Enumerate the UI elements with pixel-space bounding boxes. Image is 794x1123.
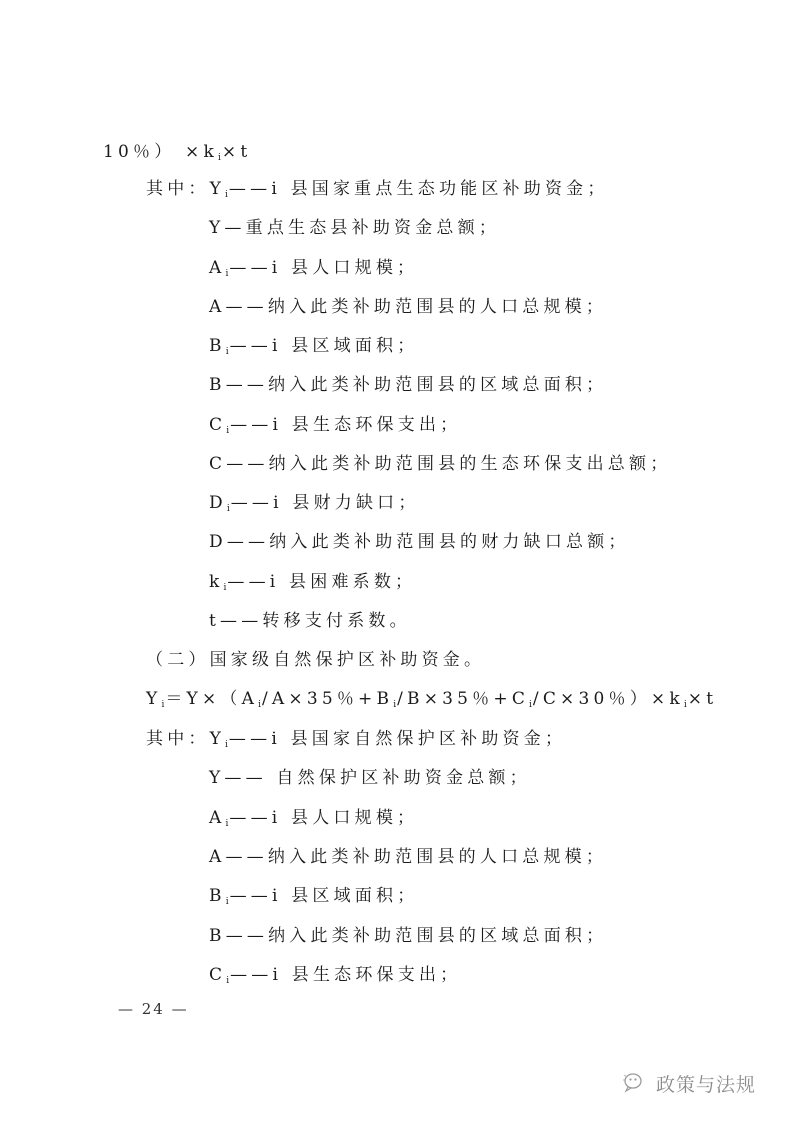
text-run: ——i 县生态环保支出； bbox=[230, 965, 461, 985]
subscript: i bbox=[226, 976, 229, 986]
text-run: D bbox=[209, 493, 227, 513]
text-line: D——纳入此类补助范围县的财力缺口总额； bbox=[209, 530, 630, 554]
text-run: t——转移支付系数。 bbox=[209, 611, 411, 631]
subscript: i bbox=[225, 269, 228, 279]
text-line: C——纳入此类补助范围县的生态环保支出总额； bbox=[209, 452, 671, 476]
text-run: C——纳入此类补助范围县的生态环保支出总额； bbox=[209, 454, 671, 474]
watermark: 政策与法规 bbox=[622, 1070, 756, 1097]
text-line: 其中：Yi——i 县国家自然保护区补助资金； bbox=[146, 727, 566, 757]
text-run: ——i 县人口规模； bbox=[229, 258, 418, 278]
text-run: /B×35％+C bbox=[397, 689, 529, 709]
text-line: Yi＝Y×（Ai/A×35％+Bi/B×35％+Ci/C×30％）×ki×t bbox=[146, 687, 717, 717]
text-run: ——i 县人口规模； bbox=[229, 808, 418, 828]
text-run: Y—— 自然保护区补助资金总额； bbox=[209, 768, 531, 788]
text-run: A——纳入此类补助范围县的人口总规模； bbox=[209, 297, 607, 317]
text-run: ——i 县困难系数； bbox=[227, 572, 416, 592]
text-line: B——纳入此类补助范围县的区域总面积； bbox=[209, 924, 607, 948]
text-line: ki——i 县困难系数； bbox=[209, 570, 416, 600]
text-run: ——i 县财力缺口； bbox=[231, 493, 420, 513]
text-line: Ci——i 县生态环保支出； bbox=[209, 963, 461, 993]
subscript: i bbox=[226, 897, 229, 907]
subscript: i bbox=[161, 700, 164, 710]
subscript: i bbox=[218, 153, 221, 163]
page-number: — 24 — bbox=[118, 1000, 189, 1018]
text-run: /A×35％+B bbox=[262, 689, 393, 709]
subscript: i bbox=[226, 347, 229, 357]
text-run: ——i 县国家自然保护区补助资金； bbox=[229, 729, 566, 749]
subscript: i bbox=[224, 583, 227, 593]
text-run: Y bbox=[146, 689, 161, 709]
text-run: ——i 县国家重点生态功能区补助资金； bbox=[229, 179, 609, 199]
text-line: 10％） ×ki×t bbox=[103, 140, 251, 170]
text-line: A——纳入此类补助范围县的人口总规模； bbox=[209, 845, 607, 869]
text-run: D——纳入此类补助范围县的财力缺口总额； bbox=[209, 532, 630, 552]
text-run: Y—重点生态县补助资金总额； bbox=[209, 218, 500, 238]
subscript: i bbox=[393, 700, 396, 710]
text-run: A bbox=[209, 808, 225, 828]
text-line: t——转移支付系数。 bbox=[209, 609, 411, 633]
text-line: Y—— 自然保护区补助资金总额； bbox=[209, 766, 531, 790]
text-line: A——纳入此类补助范围县的人口总规模； bbox=[209, 295, 607, 319]
text-run: k bbox=[209, 572, 224, 592]
wechat-icon bbox=[622, 1071, 650, 1097]
text-run: ——i 县区域面积； bbox=[230, 336, 419, 356]
text-run: B bbox=[209, 886, 226, 906]
text-run: 其中：Y bbox=[146, 179, 225, 199]
text-line: Ci——i 县生态环保支出； bbox=[209, 413, 461, 443]
text-line: Ai——i 县人口规模； bbox=[209, 806, 418, 836]
text-run: 其中：Y bbox=[146, 729, 225, 749]
text-line: B——纳入此类补助范围县的区域总面积； bbox=[209, 373, 607, 397]
text-run: B——纳入此类补助范围县的区域总面积； bbox=[209, 926, 607, 946]
subscript: i bbox=[227, 504, 230, 514]
text-run: ——i 县区域面积； bbox=[230, 886, 419, 906]
text-run: /C×30％）×k bbox=[533, 689, 684, 709]
text-run: ×t bbox=[222, 142, 251, 162]
text-run: ×t bbox=[688, 689, 717, 709]
subscript: i bbox=[225, 190, 228, 200]
text-run: C bbox=[209, 415, 226, 435]
text-run: ＝Y×（A bbox=[165, 689, 258, 709]
text-run: A bbox=[209, 258, 225, 278]
text-run: C bbox=[209, 965, 226, 985]
text-line: 其中：Yi——i 县国家重点生态功能区补助资金； bbox=[146, 177, 609, 207]
subscript: i bbox=[225, 819, 228, 829]
subscript: i bbox=[684, 700, 687, 710]
watermark-text: 政策与法规 bbox=[656, 1070, 756, 1097]
text-run: B bbox=[209, 336, 226, 356]
text-run: 10％） ×k bbox=[103, 142, 218, 162]
text-line: Di——i 县财力缺口； bbox=[209, 491, 420, 521]
text-run: A——纳入此类补助范围县的人口总规模； bbox=[209, 847, 607, 867]
text-line: Ai——i 县人口规模； bbox=[209, 256, 418, 286]
text-run: B——纳入此类补助范围县的区域总面积； bbox=[209, 375, 607, 395]
subscript: i bbox=[258, 700, 261, 710]
text-line: Bi——i 县区域面积； bbox=[209, 334, 418, 364]
text-line: （二）国家级自然保护区补助资金。 bbox=[146, 648, 485, 672]
subscript: i bbox=[529, 700, 532, 710]
text-run: ——i 县生态环保支出； bbox=[230, 415, 461, 435]
subscript: i bbox=[225, 740, 228, 750]
subscript: i bbox=[226, 426, 229, 436]
text-run: （二）国家级自然保护区补助资金。 bbox=[146, 650, 485, 670]
text-line: Bi——i 县区域面积； bbox=[209, 884, 418, 914]
text-line: Y—重点生态县补助资金总额； bbox=[209, 216, 500, 240]
